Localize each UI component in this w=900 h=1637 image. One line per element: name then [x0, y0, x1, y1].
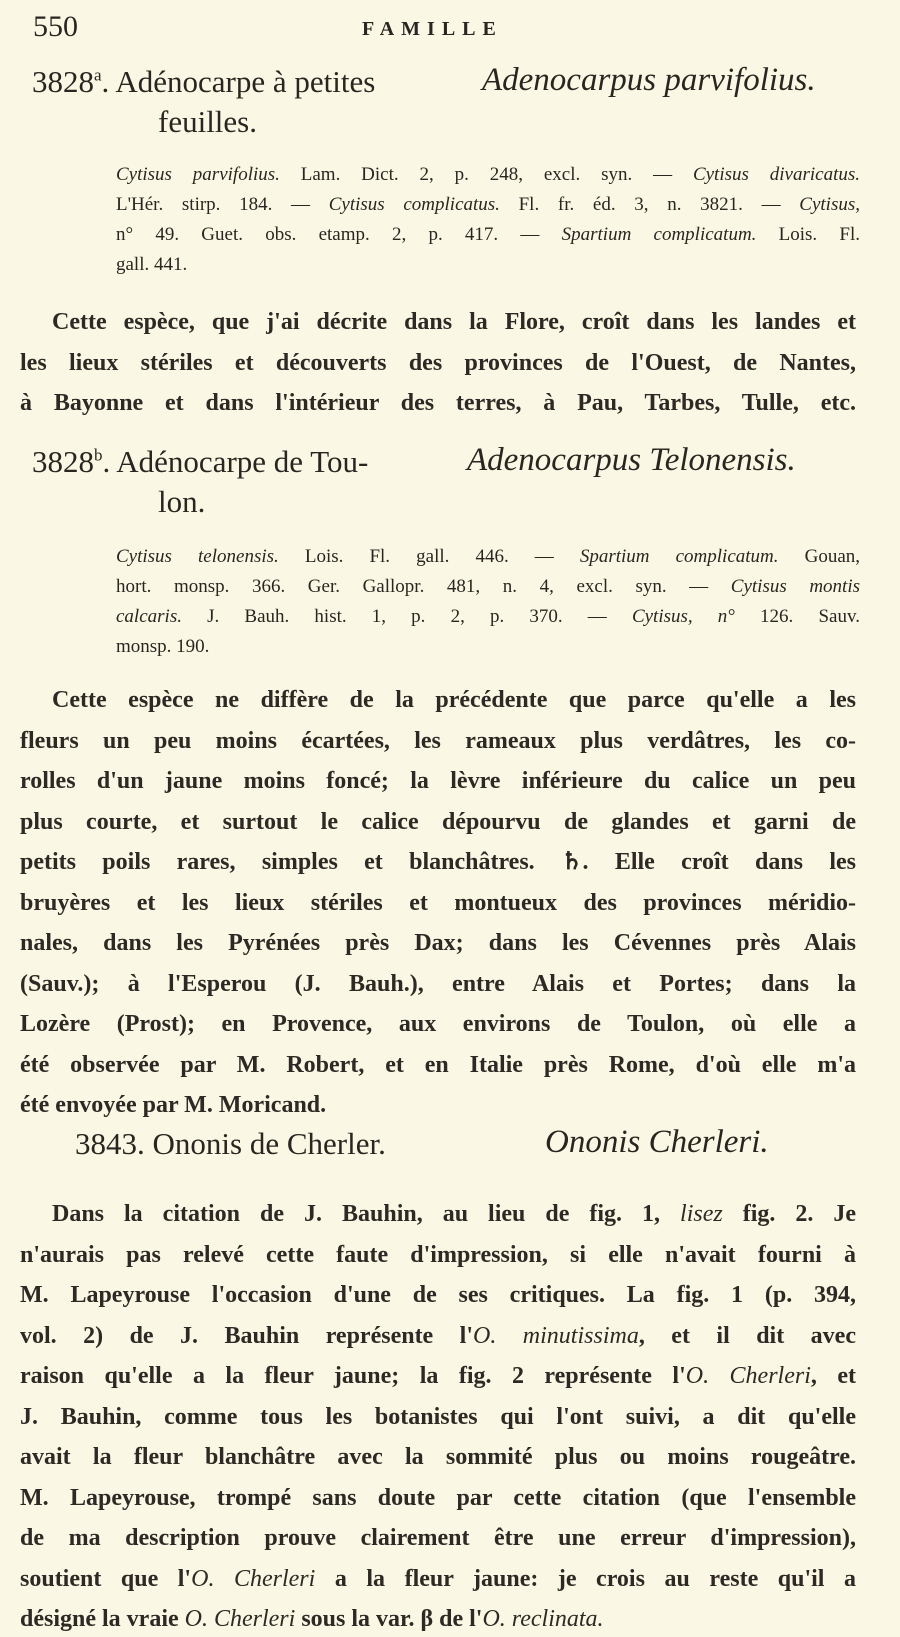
text-run: n'aurais pas relevé cette faute d'impres… [20, 1242, 856, 1268]
text-run: sous la var. β de l' [295, 1606, 482, 1632]
entry-number: 3828 [32, 444, 94, 479]
text-line: de ma description prouve clairement être… [20, 1518, 856, 1559]
italic-run: O. minutissima [473, 1323, 639, 1349]
citation-text: Lam. Dict. 2, p. 248, excl. syn. — [280, 164, 693, 185]
latin-synonym: Cytisus divaricatus. [693, 164, 860, 185]
citation-text: 126. Sauv. [735, 606, 860, 627]
text-line: nales, dans les Pyrénées près Dax; dans … [20, 923, 856, 964]
latin-synonym: Cytisus parvifolius. [116, 164, 280, 185]
italic-run: O. reclinata. [482, 1606, 603, 1632]
entry-heading: 3828a. Adénocarpe à petites [32, 64, 375, 100]
citation-text: gall. 441. [116, 254, 187, 275]
latin-name: Adenocarpus parvifolius. [482, 62, 816, 99]
synonymy-line: Cytisus parvifolius. Lam. Dict. 2, p. 24… [140, 160, 860, 190]
text-line: avait la fleur blanchâtre avec la sommit… [20, 1437, 856, 1478]
french-name-continued: feuilles. [158, 104, 257, 140]
french-name-continued: lon. [158, 484, 205, 520]
text-run: de ma description prouve clairement être… [20, 1525, 856, 1551]
synonymy-line: gall. 441. [140, 250, 860, 280]
text-line: raison qu'elle a la fleur jaune; la fig.… [20, 1356, 856, 1397]
text-line: plus courte, et surtout le calice dépour… [20, 802, 856, 843]
text-line: bruyères et les lieux stériles et montue… [20, 883, 856, 924]
entry-heading: 3828b. Adénocarpe de Tou- [32, 444, 368, 480]
synonymy-line: monsp. 190. [140, 632, 860, 662]
text-run: , et il dit avec [639, 1323, 856, 1349]
latin-synonym: Cytisus, n° [632, 606, 735, 627]
latin-synonym: Cytisus complicatus. [329, 194, 500, 215]
latin-synonym: Cytisus montis [731, 576, 860, 597]
citation-text: Lois. Fl. [756, 224, 860, 245]
text-line: rolles d'un jaune moins foncé; la lèvre … [20, 761, 856, 802]
description-paragraph: Cette espèce, que j'ai décrite dans la F… [20, 302, 856, 424]
text-run: Dans la citation de J. Bauhin, au lieu d… [52, 1201, 680, 1227]
text-run: fig. 2. Je [723, 1201, 856, 1227]
text-run: désigné la vraie [20, 1606, 185, 1632]
entry-suffix: b [94, 446, 103, 465]
italic-run: O. Cherleri [191, 1566, 315, 1592]
text-run: M. Lapeyrouse, trompé sans doute par cet… [20, 1485, 856, 1511]
text-line: fleurs un peu moins écartées, les rameau… [20, 721, 856, 762]
synonymy-line: n° 49. Guet. obs. etamp. 2, p. 417. — Sp… [140, 220, 860, 250]
synonymy-line: L'Hér. stirp. 184. — Cytisus complicatus… [140, 190, 860, 220]
text-line: été envoyée par M. Moricand. [20, 1085, 856, 1126]
text-run: avait la fleur blanchâtre avec la sommit… [20, 1444, 856, 1470]
text-line: M. Lapeyrouse l'occasion d'une de ses cr… [20, 1275, 856, 1316]
latin-name: Ononis Cherleri. [545, 1124, 769, 1161]
text-line: M. Lapeyrouse, trompé sans doute par cet… [20, 1478, 856, 1519]
french-name: . Adénocarpe de Tou- [103, 444, 369, 479]
citation-text: Gouan, [779, 546, 860, 567]
text-run: raison qu'elle a la fleur jaune; la fig.… [20, 1363, 686, 1389]
latin-name: Adenocarpus Telonensis. [467, 442, 796, 479]
italic-run: lisez [680, 1201, 723, 1227]
italic-run: O. Cherleri [185, 1606, 296, 1632]
text-line: à Bayonne et dans l'intérieur des terres… [20, 383, 856, 424]
french-name: . Ononis de Cherler. [137, 1126, 386, 1161]
text-run: soutient que l' [20, 1566, 191, 1592]
synonymy-line: hort. monsp. 366. Ger. Gallopr. 481, n. … [140, 572, 860, 602]
latin-synonym: Spartium complicatum. [562, 224, 757, 245]
book-page: 550 FAMILLE 3828a. Adénocarpe à petites … [0, 0, 900, 1637]
latin-synonym: Cytisus telonensis. [116, 546, 279, 567]
text-line: Cette espèce ne diffère de la précédente… [20, 680, 856, 721]
text-line: Dans la citation de J. Bauhin, au lieu d… [20, 1194, 856, 1235]
text-run: , et [811, 1363, 856, 1389]
page-number: 550 [33, 10, 78, 44]
entry-suffix: a [94, 66, 102, 85]
entry-number: 3843 [75, 1126, 137, 1161]
latin-synonym: Spartium complicatum. [580, 546, 779, 567]
latin-synonym: calcaris. [116, 606, 182, 627]
citation-text: n° 49. Guet. obs. etamp. 2, p. 417. — [116, 224, 562, 245]
citation-text: J. Bauh. hist. 1, p. 2, p. 370. — [182, 606, 632, 627]
french-name: . Adénocarpe à petites [102, 64, 376, 99]
synonymy-line: Cytisus telonensis. Lois. Fl. gall. 446.… [140, 542, 860, 572]
text-run: J. Bauhin, comme tous les botanistes qui… [20, 1404, 856, 1430]
citation-text: monsp. 190. [116, 636, 209, 657]
text-run: M. Lapeyrouse l'occasion d'une de ses cr… [20, 1282, 856, 1308]
synonymy-block: Cytisus parvifolius. Lam. Dict. 2, p. 24… [116, 160, 860, 280]
citation-text: Lois. Fl. gall. 446. — [279, 546, 580, 567]
entry-number: 3828 [32, 64, 94, 99]
latin-synonym: Cytisus, [799, 194, 860, 215]
description-paragraph: Dans la citation de J. Bauhin, au lieu d… [20, 1194, 856, 1637]
description-paragraph: Cette espèce ne diffère de la précédente… [20, 680, 856, 1126]
text-line: désigné la vraie O. Cherleri sous la var… [20, 1599, 856, 1637]
text-run: vol. 2) de J. Bauhin représente l' [20, 1323, 473, 1349]
running-head-title: FAMILLE [362, 18, 503, 41]
text-line: Lozère (Prost); en Provence, aux environ… [20, 1004, 856, 1045]
text-line: J. Bauhin, comme tous les botanistes qui… [20, 1397, 856, 1438]
citation-text: L'Hér. stirp. 184. — [116, 194, 329, 215]
text-line: les lieux stériles et découverts des pro… [20, 343, 856, 384]
text-line: petits poils rares, simples et blanchâtr… [20, 842, 856, 883]
citation-text: Fl. fr. éd. 3, n. 3821. — [500, 194, 799, 215]
text-line: été observée par M. Robert, et en Italie… [20, 1045, 856, 1086]
synonymy-block: Cytisus telonensis. Lois. Fl. gall. 446.… [116, 542, 860, 662]
italic-run: O. Cherleri [686, 1363, 811, 1389]
text-line: (Sauv.); à l'Esperou (J. Bauh.), entre A… [20, 964, 856, 1005]
text-run: a la fleur jaune: je crois au reste qu'i… [315, 1566, 856, 1592]
entry-heading: 3843. Ononis de Cherler. [75, 1126, 386, 1162]
text-line: soutient que l'O. Cherleri a la fleur ja… [20, 1559, 856, 1600]
citation-text: hort. monsp. 366. Ger. Gallopr. 481, n. … [116, 576, 731, 597]
text-line: vol. 2) de J. Bauhin représente l'O. min… [20, 1316, 856, 1357]
text-line: n'aurais pas relevé cette faute d'impres… [20, 1235, 856, 1276]
text-line: Cette espèce, que j'ai décrite dans la F… [20, 302, 856, 343]
synonymy-line: calcaris. J. Bauh. hist. 1, p. 2, p. 370… [140, 602, 860, 632]
